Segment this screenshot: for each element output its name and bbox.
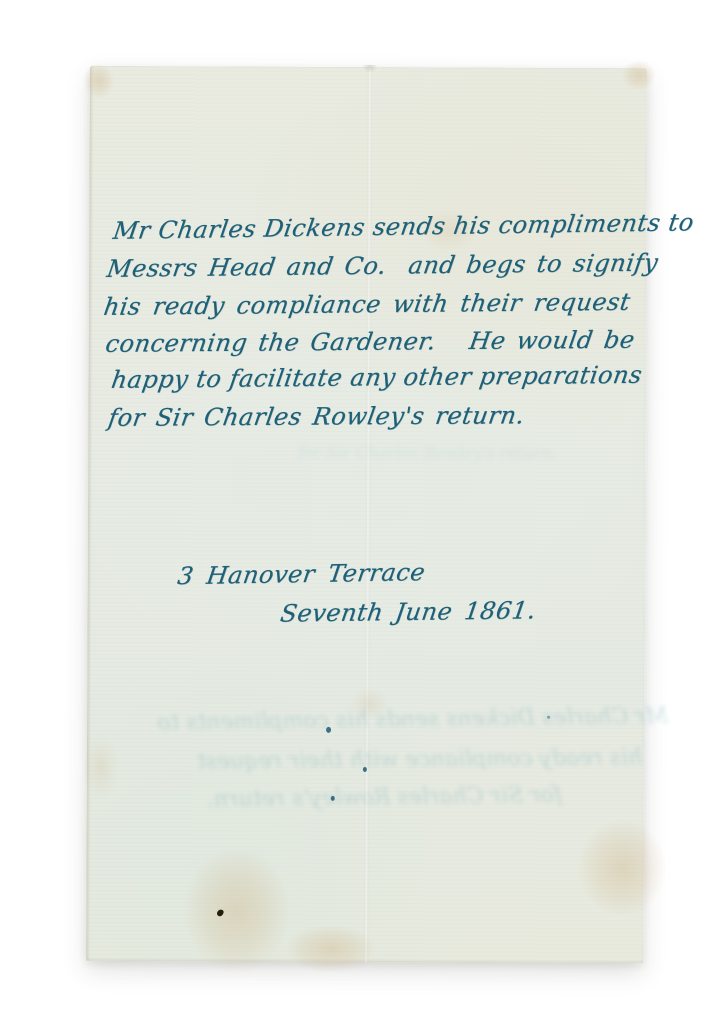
letter-photograph: Mr Charles Dickens sends his compliments…: [0, 0, 723, 1024]
letter-line: happy to facilitate any other preparatio…: [110, 361, 645, 394]
paper-left-edge: [86, 66, 94, 961]
ink-bleedthrough-line: his ready compliance with their request: [197, 745, 642, 774]
ink-smudge: for Sir Charles Rowley's return.: [298, 443, 556, 463]
ink-speck: [326, 727, 331, 733]
letter-line: his ready compliance with their request: [102, 288, 633, 321]
fold-notch: [362, 65, 378, 73]
date-line: Seventh June 1861.: [279, 596, 538, 627]
stain-right-large: [578, 820, 666, 916]
ink-speck: [363, 767, 367, 772]
letter-paper: Mr Charles Dickens sends his compliments…: [86, 66, 647, 963]
letter-line: Mr Charles Dickens sends his compliments…: [111, 208, 696, 245]
letter-line: for Sir Charles Rowley's return.: [106, 401, 526, 432]
stain-bottom-left: [184, 848, 290, 973]
ink-bleedthrough-line: for Sir Charles Rowley's return.: [207, 783, 562, 813]
stain-top-right-corner: [622, 60, 656, 90]
stain-top-left-corner: [84, 64, 114, 98]
fold-crease: [364, 67, 372, 962]
ink-fleck: [216, 908, 224, 917]
ink-bleedthrough-line: Mr Charles Dickens sends his compliments…: [157, 704, 668, 736]
letter-line: concerning the Gardener. He would be: [104, 326, 637, 358]
address-line: 3 Hanover Terrace: [176, 558, 427, 590]
ink-speck: [547, 716, 550, 719]
stain-bottom-center: [286, 925, 376, 973]
letter-line: Messrs Head and Co. and begs to signify: [105, 249, 660, 283]
ink-speck: [331, 796, 335, 801]
